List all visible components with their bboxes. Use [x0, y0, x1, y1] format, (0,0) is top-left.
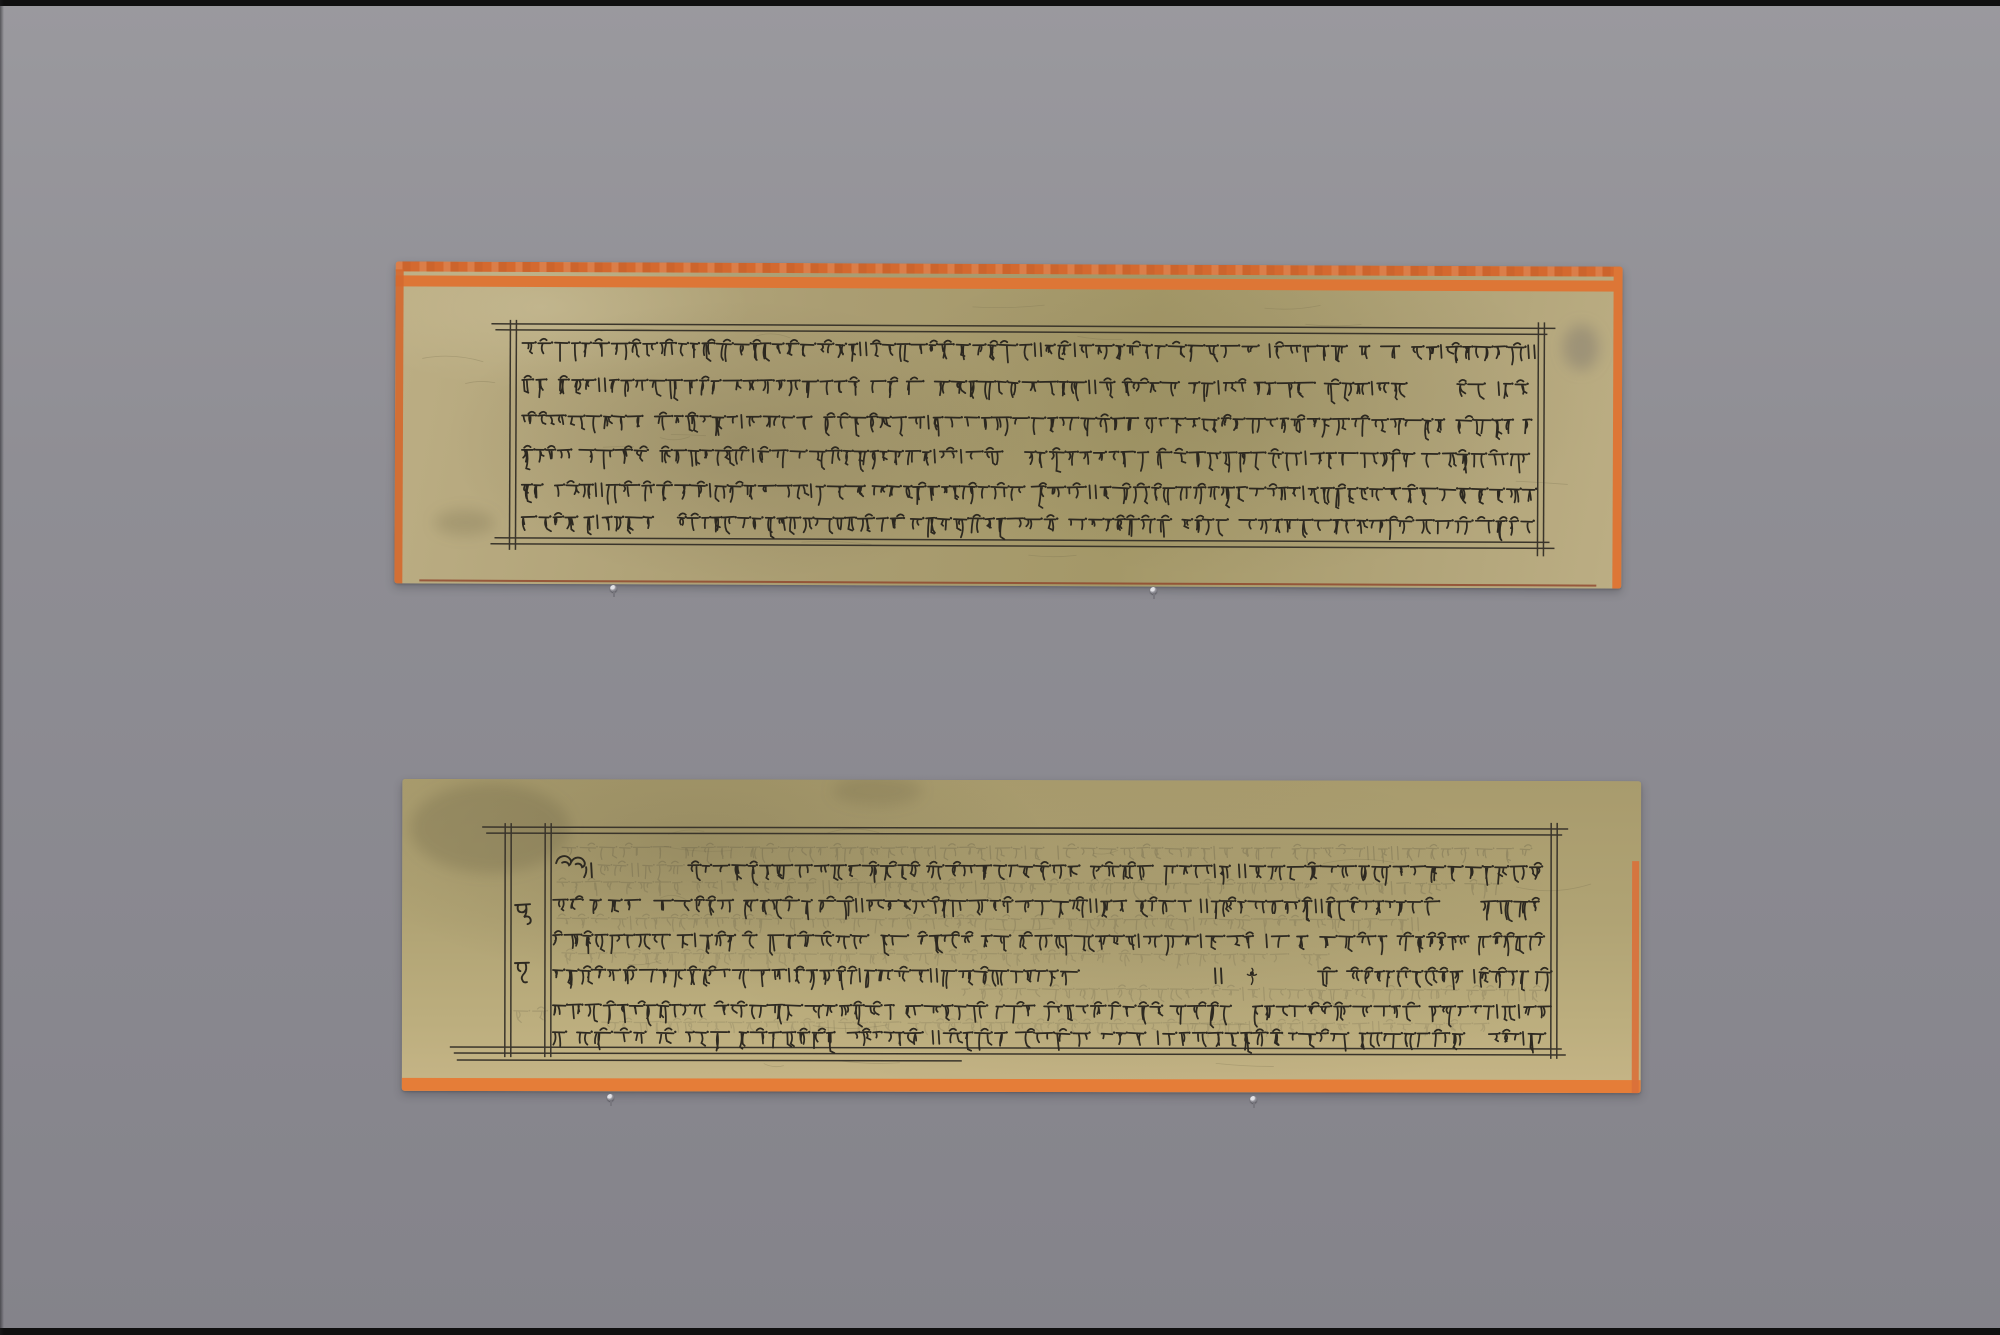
- section-mark: [1215, 968, 1257, 984]
- text-line: [553, 931, 1544, 956]
- text-line: [522, 481, 1537, 510]
- text-line: [522, 513, 1534, 542]
- photo-bottom-bar: [0, 1328, 2000, 1335]
- text-line: [522, 339, 1535, 366]
- margin-letter: [515, 904, 531, 924]
- mounting-pin: [607, 1094, 614, 1101]
- text-line: [522, 412, 1531, 440]
- ghost-text-line: [514, 1007, 547, 1023]
- ghost-text-line: [557, 914, 1419, 937]
- manuscript-photo: [0, 0, 2000, 1335]
- ghost-text-line: [598, 861, 684, 881]
- bottom-folio-inscription: [402, 779, 1642, 1093]
- mounting-pin: [610, 585, 617, 592]
- top-folio: [394, 261, 1622, 588]
- margin-letter: [515, 963, 529, 983]
- top-folio-inscription: [394, 261, 1622, 588]
- mounting-pin: [1250, 1096, 1257, 1103]
- ghost-text-line: [562, 949, 1329, 971]
- bottom-folio: [402, 779, 1642, 1093]
- mounting-pin: [1150, 587, 1157, 594]
- photo-left-edge-shade: [0, 0, 4, 1335]
- photo-top-bar: [0, 0, 2000, 6]
- text-line: [522, 446, 1529, 474]
- ghost-text-line: [602, 1018, 1489, 1038]
- text-line: [522, 376, 1528, 405]
- text-line: [553, 1028, 1545, 1054]
- yig-mgo-ornament: [556, 856, 592, 877]
